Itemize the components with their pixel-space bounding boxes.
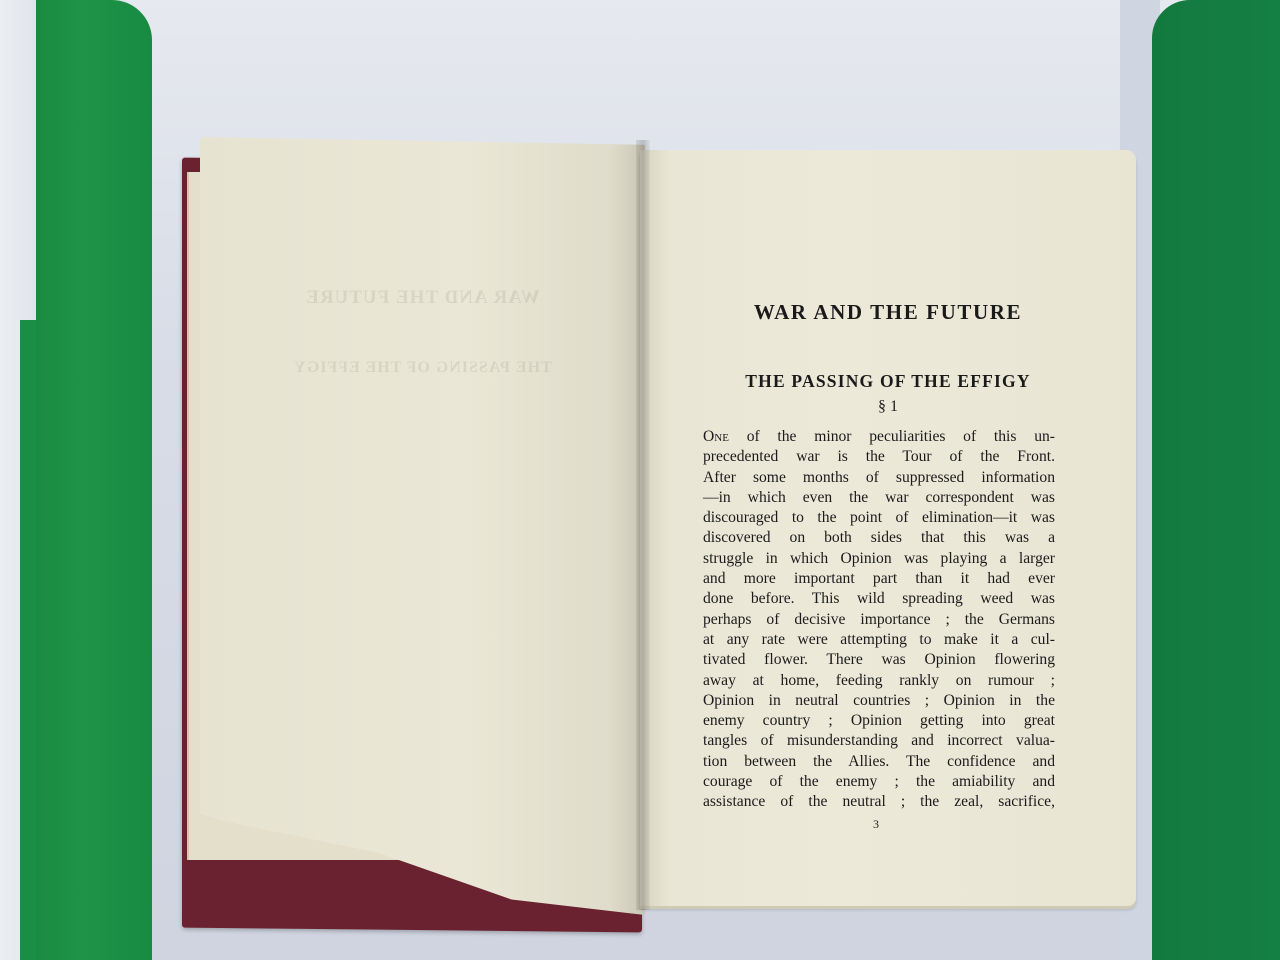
text-line: away at home, feeding rankly on rumour ;: [703, 671, 1055, 691]
text-line: at any rate were attempting to make it a…: [703, 630, 1055, 650]
text-line: Opinion in neutral countries ; Opinion i…: [703, 691, 1055, 711]
text-line: —in which even the war correspondent was: [703, 488, 1055, 508]
text-line: struggle in which Opinion was playing a …: [703, 549, 1055, 569]
book-gutter: [636, 140, 650, 910]
page-number: 3: [640, 817, 1112, 832]
book-title: WAR AND THE FUTURE: [640, 300, 1136, 325]
text-line: One of the minor peculiarities of this u…: [703, 427, 1055, 447]
text-line: perhaps of decisive importance ; the Ger…: [703, 610, 1055, 630]
text-line: tangles of misunderstanding and incorrec…: [703, 731, 1055, 751]
text-line: enemy country ; Opinion getting into gre…: [703, 711, 1055, 731]
text-line: discovered on both sides that this was a: [703, 528, 1055, 548]
green-mat-right: [1152, 0, 1280, 960]
text-line: precedented war is the Tour of the Front…: [703, 447, 1055, 467]
text-line: and more important part than it had ever: [703, 569, 1055, 589]
bleed-through-title: WAR AND THE FUTURE: [200, 287, 645, 309]
green-mat-left: [36, 0, 152, 960]
section-number: § 1: [640, 398, 1136, 416]
text-line: done before. This wild spreading weed wa…: [703, 589, 1055, 609]
text-line: courage of the enemy ; the amiability an…: [703, 772, 1055, 792]
text-line: assistance of the neutral ; the zeal, sa…: [703, 792, 1055, 812]
drop-word: One: [703, 428, 729, 445]
left-page: WAR AND THE FUTURE THE PASSING OF THE EF…: [200, 137, 645, 915]
body-text: One of the minor peculiarities of this u…: [703, 427, 1055, 813]
chapter-title: THE PASSING OF THE EFFIGY: [640, 371, 1136, 392]
text-line: tivated flower. There was Opinion flower…: [703, 650, 1055, 670]
text-line: discouraged to the point of elimination—…: [703, 508, 1055, 528]
text-line: tion between the Allies. The confidence …: [703, 752, 1055, 772]
bleed-through-chapter: THE PASSING OF THE EFFIGY: [200, 359, 645, 377]
text-line: After some months of suppressed informat…: [703, 468, 1055, 488]
